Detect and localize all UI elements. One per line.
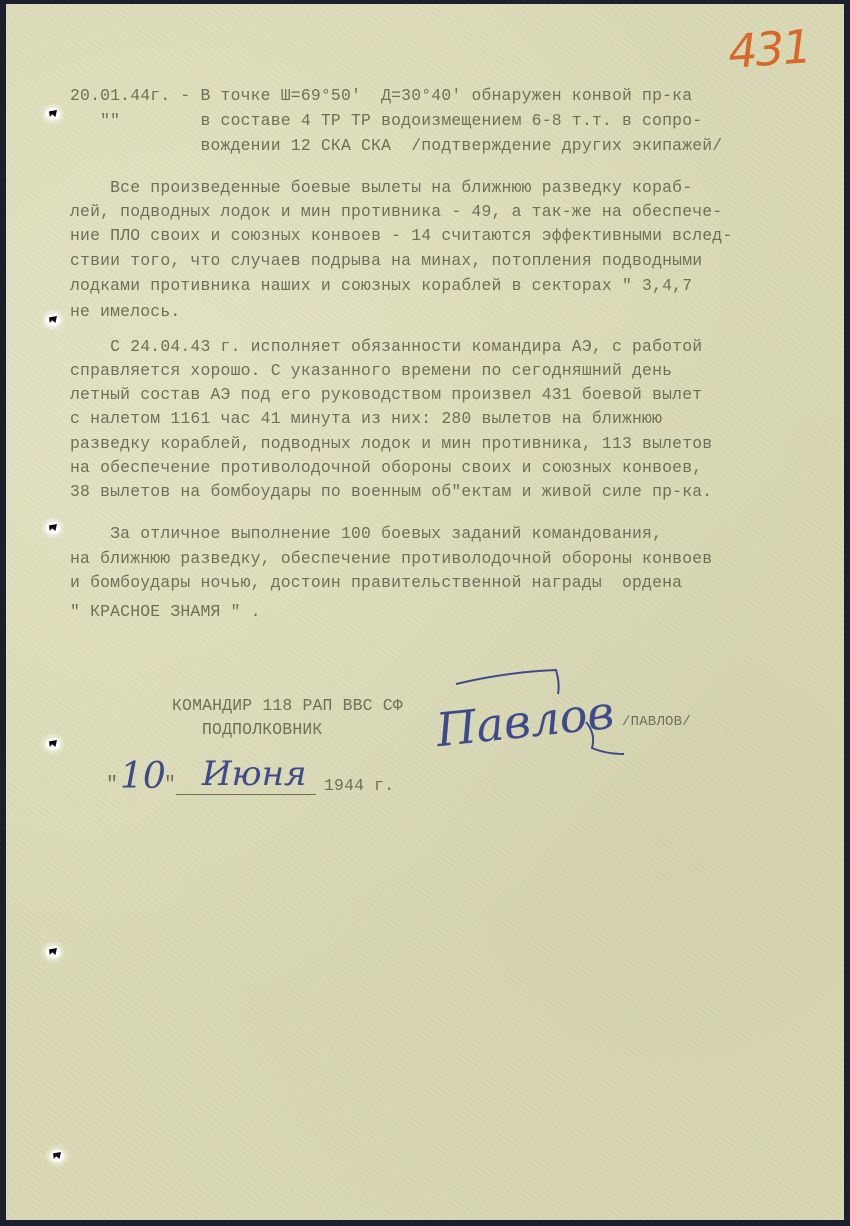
document-page: 431 20.01.44г. - В точке Ш=69°50' Д=30°4… <box>6 4 844 1220</box>
paragraph-3-line: на ближнюю разведку, обеспечение противо… <box>70 547 712 572</box>
paragraph-1-line: Все произведенные боевые вылеты на ближн… <box>70 176 692 201</box>
date-year: 1944 г. <box>324 774 394 799</box>
paragraph-2-line: на обеспечение противолодочной обороны с… <box>70 456 702 481</box>
date-month-underline <box>176 794 316 795</box>
signatory-name: /ПАВЛОВ/ <box>622 710 691 735</box>
hole-punch-mark <box>46 108 60 120</box>
paragraph-2-line: справляется хорошо. С указанного времени… <box>70 359 672 384</box>
hole-punch-mark <box>46 738 60 750</box>
paragraph-1-line: не имелось. <box>70 300 180 325</box>
header-entry-line: 20.01.44г. - В точке Ш=69°50' Д=30°40' о… <box>70 84 692 109</box>
hole-punch-mark <box>46 314 60 326</box>
date-close-quote: " <box>164 774 176 799</box>
header-entry-line: вождении 12 СКА СКА /подтверждение други… <box>70 134 722 159</box>
paragraph-3-line: и бомбоудары ночью, достоин правительств… <box>70 571 682 596</box>
paragraph-1-line: лодками противника наших и союзных кораб… <box>70 274 692 299</box>
signatory-title: КОМАНДИР 118 РАП ВВС СФ <box>172 694 403 719</box>
paragraph-1-line: лей, подводных лодок и мин противника - … <box>70 200 722 225</box>
paragraph-2-line: С 24.04.43 г. исполняет обязанности кома… <box>70 335 702 360</box>
paragraph-2-line: 38 вылетов на бомбоудары по военным об"е… <box>70 480 712 505</box>
hole-punch-mark <box>46 946 60 958</box>
paragraph-3-line: " КРАСНОЕ ЗНАМЯ " . <box>70 600 261 625</box>
header-entry-line: "" в составе 4 ТР ТР водоизмещением 6-8 … <box>70 109 702 134</box>
paragraph-3-line: За отличное выполнение 100 боевых задани… <box>70 522 662 547</box>
archive-page-number: 431 <box>726 19 811 79</box>
hole-punch-mark <box>46 522 60 534</box>
date-month-handwritten: Июня <box>202 754 307 794</box>
hole-punch-mark <box>50 1150 64 1162</box>
paragraph-1-line: ствии того, что случаев подрыва на минах… <box>70 249 702 274</box>
signatory-rank: ПОДПОЛКОВНИК <box>202 718 322 743</box>
paragraph-2-line: с налетом 1161 час 41 минута из них: 280… <box>70 407 662 432</box>
paragraph-1-line: ние ПЛО своих и союзных конвоев - 14 счи… <box>70 224 732 249</box>
signature-flourish <box>446 664 636 764</box>
paragraph-2-line: разведку кораблей, подводных лодок и мин… <box>70 432 712 457</box>
date-day-handwritten: 10 <box>120 756 166 797</box>
paragraph-2-line: летный состав АЭ под его руководством пр… <box>70 383 702 408</box>
date-open-quote: " <box>106 774 118 799</box>
